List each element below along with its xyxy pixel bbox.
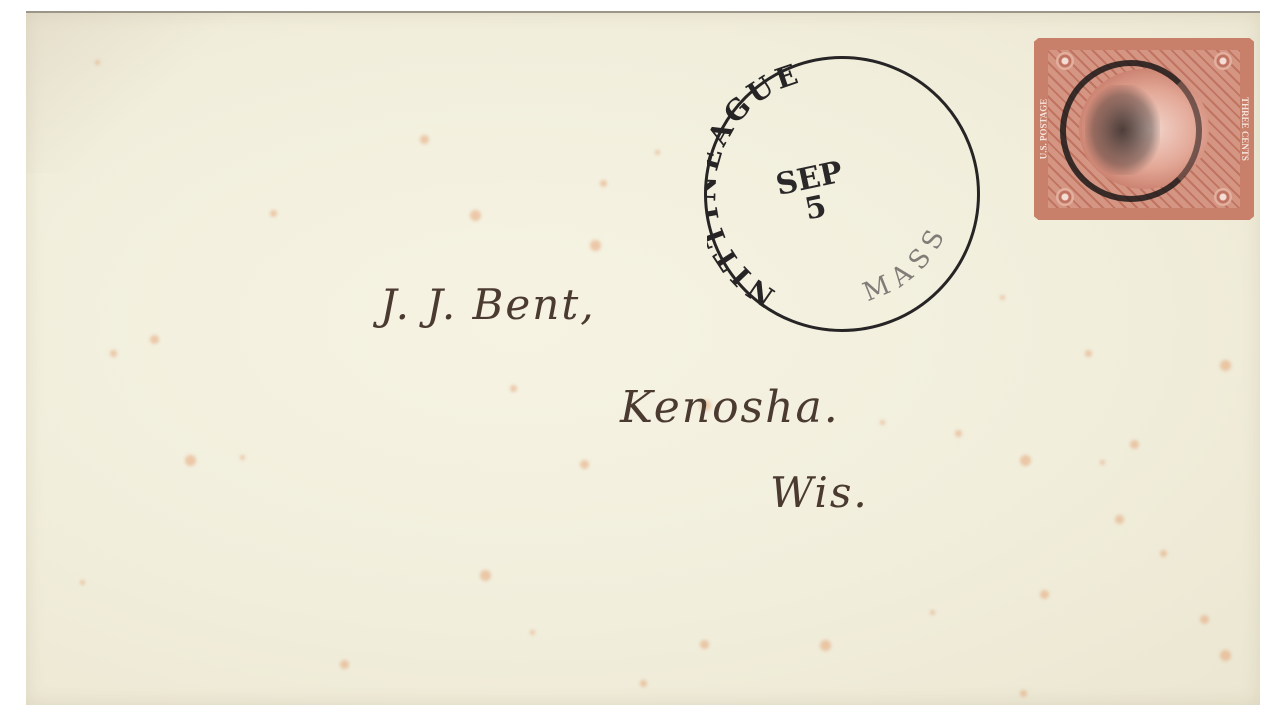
foxing-spot: [1200, 615, 1209, 624]
foxing-spot: [590, 240, 601, 251]
foxing-spot: [470, 210, 481, 221]
foxing-spot: [1020, 455, 1031, 466]
foxing-spot: [1085, 350, 1092, 357]
foxing-spot: [600, 180, 607, 187]
foxing-spot: [1220, 650, 1231, 661]
foxing-spot: [110, 350, 117, 357]
envelope-crease: [26, 13, 226, 173]
stamp-corner-rosette: [1056, 52, 1074, 70]
foxing-spot: [530, 630, 535, 635]
grid-cancel-mark: [1060, 60, 1202, 202]
foxing-spot: [80, 580, 85, 585]
svg-text:MASS: MASS: [859, 218, 954, 308]
stamp-right-text: THREE CENTS: [1238, 52, 1252, 206]
foxing-spot: [510, 385, 517, 392]
foxing-spot: [270, 210, 277, 217]
foxing-spot: [955, 430, 962, 437]
foxing-spot: [880, 420, 885, 425]
foxing-spot: [580, 460, 589, 469]
foxing-spot: [1000, 295, 1005, 300]
foxing-spot: [930, 610, 935, 615]
foxing-spot: [95, 60, 100, 65]
address-city: Kenosha.: [620, 382, 840, 433]
foxing-spot: [1100, 460, 1105, 465]
circular-datestamp: NITTINEAGUE MASS SEP 5: [704, 56, 980, 332]
foxing-spot: [1220, 360, 1231, 371]
foxing-spot: [640, 680, 647, 687]
stamp-corner-rosette: [1214, 188, 1232, 206]
address-state: Wis.: [770, 468, 869, 517]
foxing-spot: [420, 135, 429, 144]
foxing-spot: [150, 335, 159, 344]
foxing-spot: [1020, 690, 1027, 697]
postmark-state: MASS: [859, 218, 954, 308]
foxing-spot: [480, 570, 491, 581]
addressee-name: J. J. Bent,: [380, 280, 596, 329]
stamp-left-text: U.S. POSTAGE: [1036, 52, 1050, 206]
stamp-corner-rosette: [1056, 188, 1074, 206]
foxing-spot: [185, 455, 196, 466]
foxing-spot: [1160, 550, 1167, 557]
foxing-spot: [1040, 590, 1049, 599]
foxing-spot: [1130, 440, 1139, 449]
stamp-corner-rosette: [1214, 52, 1232, 70]
foxing-spot: [700, 640, 709, 649]
foxing-spot: [340, 660, 349, 669]
foxing-spot: [240, 455, 245, 460]
foxing-spot: [1115, 515, 1124, 524]
foxing-spot: [655, 150, 660, 155]
foxing-spot: [820, 640, 831, 651]
